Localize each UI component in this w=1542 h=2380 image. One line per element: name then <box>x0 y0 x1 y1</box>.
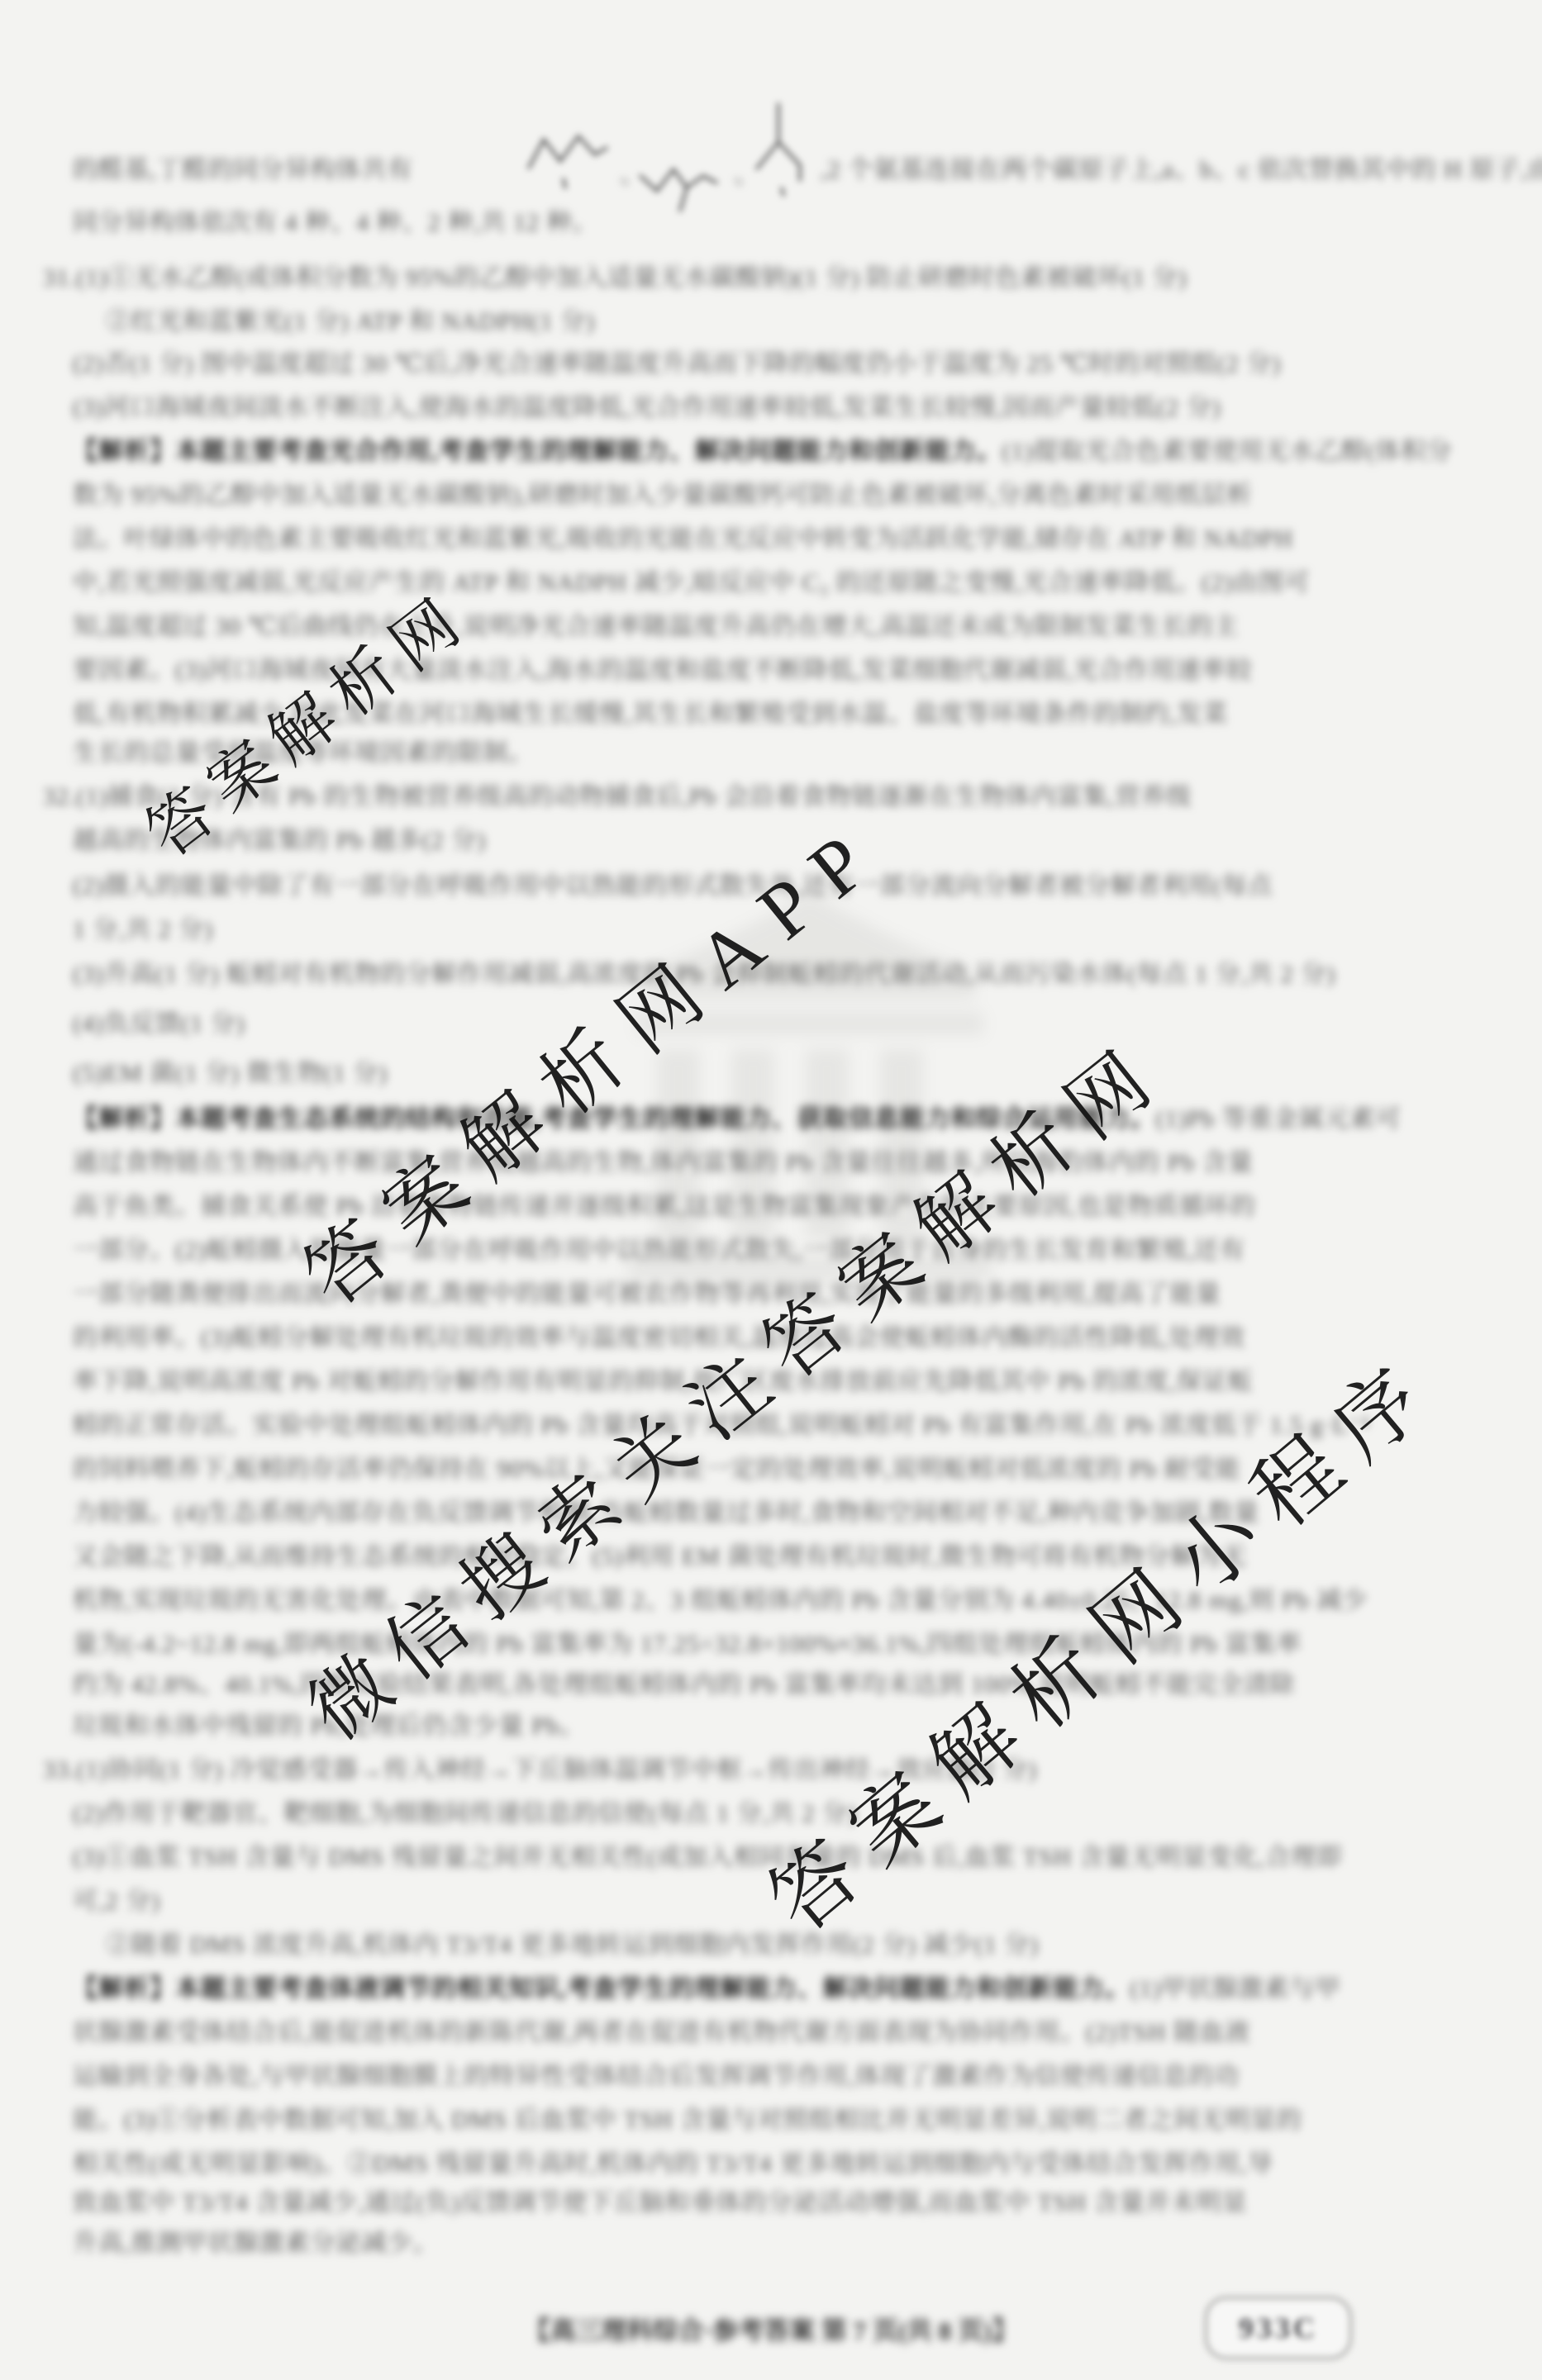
watermark-text: 答案解析网APP <box>292 809 897 1319</box>
exam-answer-page: { "page": { "background": "#f3f3f1", "bo… <box>0 0 1542 2380</box>
watermark-text: 答案解析网小程序 <box>756 1343 1454 1947</box>
watermark-layer: 答案解析网答案解析网APP微信搜索关注答案解析网答案解析网小程序 <box>0 0 1542 2380</box>
watermark-text: 答案解析网 <box>136 583 479 868</box>
